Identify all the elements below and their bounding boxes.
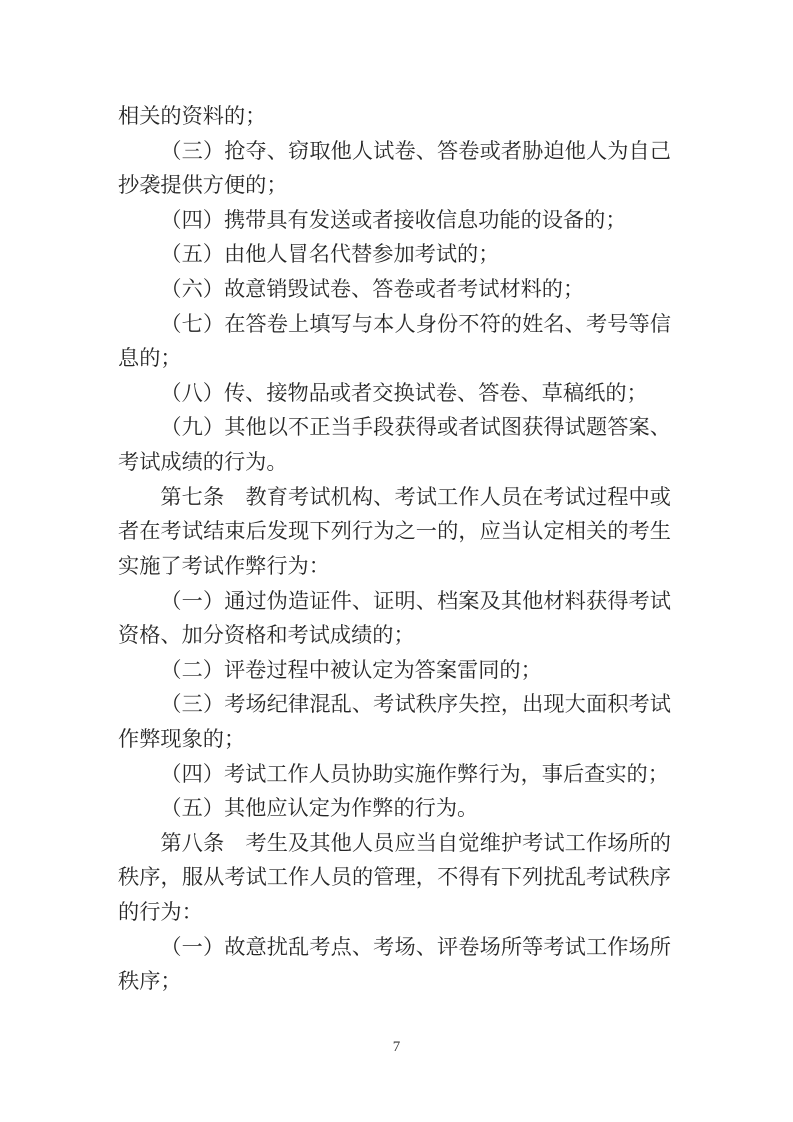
text-line: 相关的资料的； — [118, 99, 671, 134]
text-line: （九）其他以不正当手段获得或者试图获得试题答案、 — [118, 410, 671, 445]
text-line: （六）故意销毁试卷、答卷或者考试材料的； — [118, 272, 671, 307]
text-line: 抄袭提供方便的； — [118, 168, 671, 203]
text-line: 息的； — [118, 341, 671, 376]
text-line: （八）传、接物品或者交换试卷、答卷、草稿纸的； — [118, 376, 671, 411]
text-line: （五）其他应认定为作弊的行为。 — [118, 791, 671, 826]
text-line: 考试成绩的行为。 — [118, 445, 671, 480]
text-line: （五）由他人冒名代替参加考试的； — [118, 237, 671, 272]
text-line: （四）携带具有发送或者接收信息功能的设备的； — [118, 203, 671, 238]
text-line: （一）故意扰乱考点、考场、评卷场所等考试工作场所 — [118, 930, 671, 965]
text-line: 第八条 考生及其他人员应当自觉维护考试工作场所的 — [118, 826, 671, 861]
body-text: 相关的资料的； （三）抢夺、窃取他人试卷、答卷或者胁迫他人为自己 抄袭提供方便的… — [118, 99, 671, 999]
text-line: 的行为： — [118, 895, 671, 930]
text-line: 秩序，服从考试工作人员的管理，不得有下列扰乱考试秩序 — [118, 860, 671, 895]
text-line: 者在考试结束后发现下列行为之一的，应当认定相关的考生 — [118, 514, 671, 549]
text-line: （七）在答卷上填写与本人身份不符的姓名、考号等信 — [118, 307, 671, 342]
text-line: （三）抢夺、窃取他人试卷、答卷或者胁迫他人为自己 — [118, 134, 671, 169]
text-line: （四）考试工作人员协助实施作弊行为，事后查实的； — [118, 757, 671, 792]
text-line: （二）评卷过程中被认定为答案雷同的； — [118, 653, 671, 688]
text-line: （一）通过伪造证件、证明、档案及其他材料获得考试 — [118, 584, 671, 619]
page-number: 7 — [0, 1036, 793, 1058]
text-line: 实施了考试作弊行为： — [118, 549, 671, 584]
text-line: 作弊现象的； — [118, 722, 671, 757]
text-line: （三）考场纪律混乱、考试秩序失控，出现大面积考试 — [118, 687, 671, 722]
document-page: 相关的资料的； （三）抢夺、窃取他人试卷、答卷或者胁迫他人为自己 抄袭提供方便的… — [0, 0, 793, 1122]
text-line: 资格、加分资格和考试成绩的； — [118, 618, 671, 653]
text-line: 秩序； — [118, 964, 671, 999]
text-line: 第七条 教育考试机构、考试工作人员在考试过程中或 — [118, 480, 671, 515]
